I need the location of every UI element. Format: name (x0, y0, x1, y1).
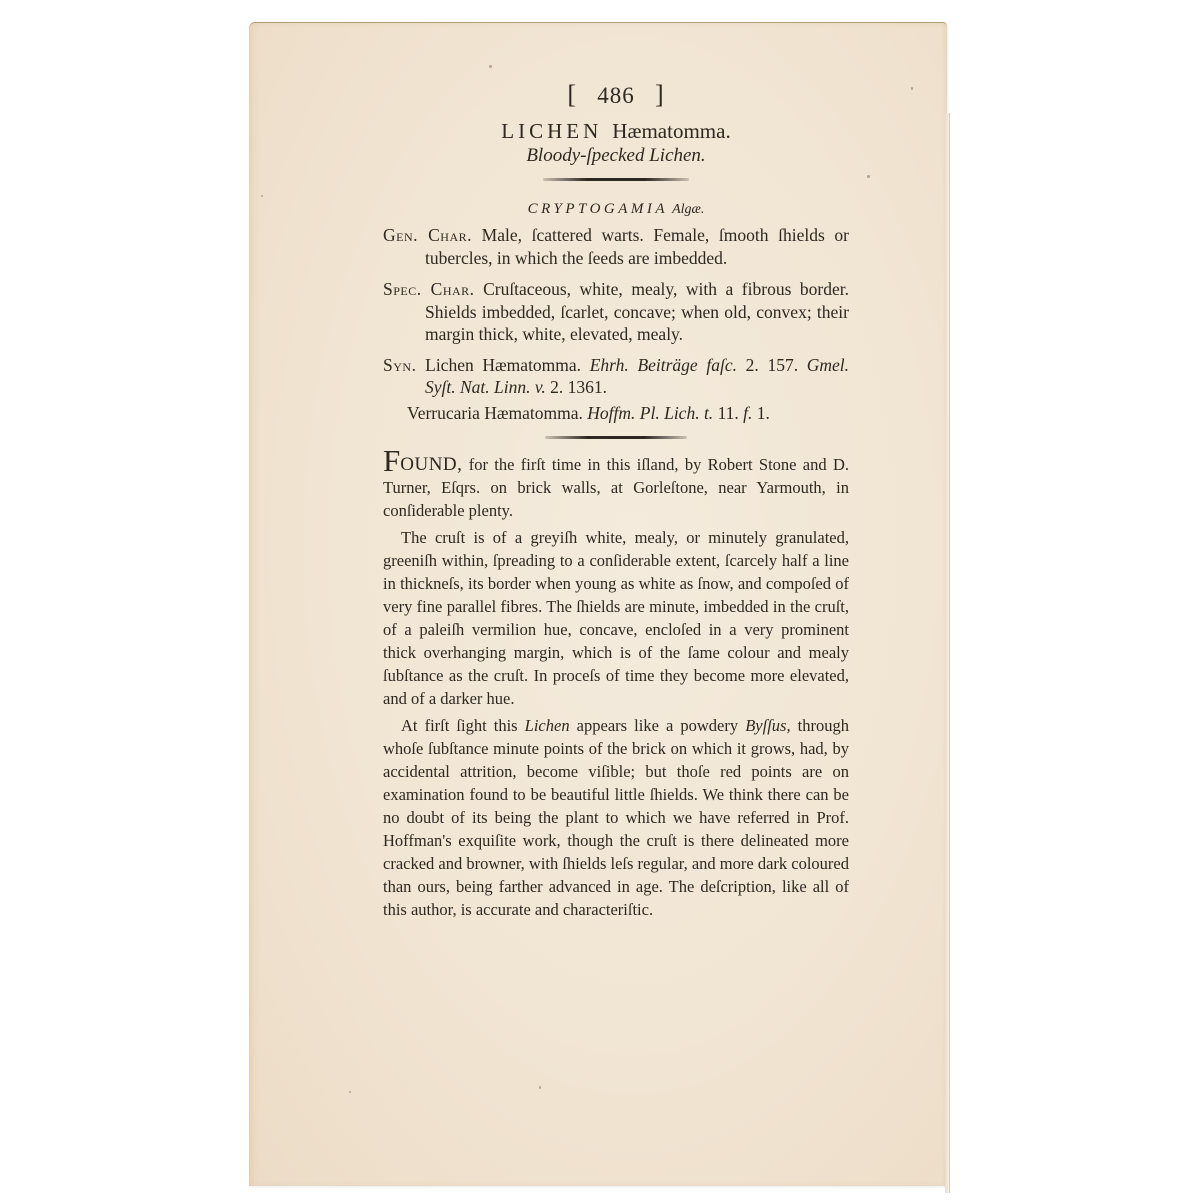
species-title: LICHENHæmatomma. (383, 118, 849, 144)
paper-speck (867, 175, 870, 178)
italic-byssus: Byſſus, (745, 716, 790, 735)
paper-speck (261, 195, 263, 197)
specific-character-text: Cruſtaceous, white, mealy, with a fibrou… (425, 279, 849, 344)
generic-character: Gen. Char. Male, ſcattered warts. Female… (383, 224, 849, 269)
page-number: 486 (597, 83, 635, 108)
generic-character-text: Male, ſcattered warts. Female, ſmooth ſh… (425, 225, 849, 268)
bracket-left: [ (567, 80, 577, 109)
paragraph-3-text-c: through whoſe ſubſtance minute points of… (383, 716, 849, 919)
class-name: CRYPTOGAMIA (528, 201, 668, 217)
common-name: Bloody-ſpecked Lichen. (383, 144, 849, 168)
page-content: [ 486 ] LICHENHæmatomma. Bloody-ſpecked … (383, 78, 849, 921)
genus-name: LICHEN (501, 119, 602, 143)
paper-speck (489, 65, 492, 68)
deckled-page-edge (945, 113, 950, 1193)
generic-character-label: Gen. Char. (383, 225, 472, 245)
paragraph-3-text-a: At firſt ſight this (401, 716, 525, 735)
synonym-2-name: Verrucaria Hæmatomma. (407, 403, 583, 423)
paper-speck (911, 87, 913, 90)
paper-speck (539, 1086, 541, 1089)
paragraph-2: The cruſt is of a greyiſh white, mealy, … (383, 526, 849, 710)
section-divider (545, 436, 687, 439)
paragraph-1: FOUND, for the firſt time in this iſland… (383, 451, 849, 522)
synonyms-label: Syn. (383, 355, 416, 375)
specific-character: Spec. Char. Cruſtaceous, white, mealy, w… (383, 278, 849, 346)
italic-lichen: Lichen (525, 716, 570, 735)
title-divider (543, 178, 689, 181)
paragraph-3-text-b: appears like a powdery (570, 716, 746, 735)
synonym-2-reference-number: 11. (718, 403, 739, 423)
synonym-1-name: Lichen Hæmatomma. (425, 355, 581, 375)
synonym-1-reference: Ehrh. Beiträge faſc. (590, 355, 737, 375)
drop-cap: F (383, 443, 400, 478)
specific-character-label: Spec. Char. (383, 279, 475, 299)
synonym-2-figure: f. (743, 403, 752, 423)
synonym-2-reference: Hoffm. Pl. Lich. t. (587, 403, 713, 423)
description-body: FOUND, for the firſt time in this iſland… (383, 451, 849, 921)
synonym-1-reference-2-number: 2. 1361. (550, 377, 607, 397)
paragraph-3: At firſt ſight this Lichen appears like … (383, 714, 849, 921)
synonym-2: Verrucaria Hæmatomma. Hoffm. Pl. Lich. t… (383, 402, 849, 425)
synonym-1-reference-number: 2. 157. (746, 355, 798, 375)
species-name: Hæmatomma. (612, 119, 730, 143)
classification: CRYPTOGAMIAAlgæ. (383, 199, 849, 220)
paper-speck (349, 1091, 351, 1093)
bracket-right: ] (655, 80, 665, 109)
synonym-2-figure-number: 1. (757, 403, 770, 423)
synonyms: Syn. Lichen Hæmatomma. Ehrh. Beiträge fa… (383, 354, 849, 399)
page-number-header: [ 486 ] (383, 78, 849, 112)
order-name: Algæ. (672, 202, 704, 217)
opening-word: OUND, (400, 454, 462, 475)
